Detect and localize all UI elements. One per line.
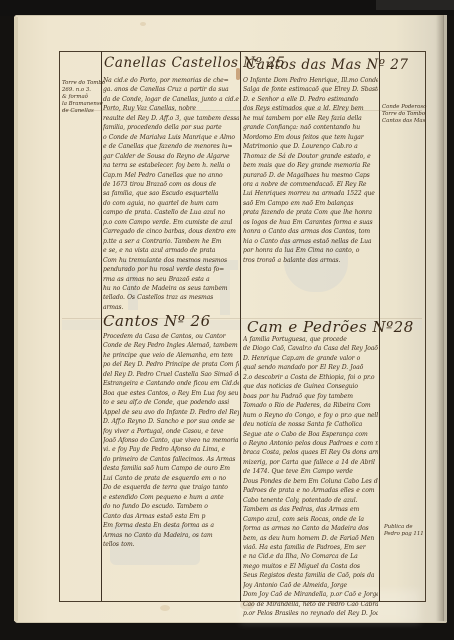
text-line: po del Rey D. Pedro Principe de prata Co… xyxy=(103,360,239,369)
text-line: tellos tom. xyxy=(103,540,239,549)
text-line: p.o com Campo verde. Em cumiste de azul xyxy=(103,218,239,227)
text-line: Em forma desta En desta forma as a xyxy=(103,521,239,530)
text-line: Dom Joy Caõ de Mirandella, p.or Caõ e Jo… xyxy=(243,590,378,599)
entry-body-27: O Infante Dom Pedro Henrique, Ill.mo Con… xyxy=(243,76,378,265)
text-line: na terra se estabelecer. foy bem h. nell… xyxy=(103,161,239,170)
text-line: viaõ. Ha esta familia de Padroes, Em ser xyxy=(243,543,378,552)
text-line: he principe que veio de Alemanha, em tem xyxy=(103,351,239,360)
text-line: Campo azul, com seis Rocas, onde de la xyxy=(243,515,378,524)
text-line: Com hu tremulante dos mesmos mesmos xyxy=(103,256,239,265)
text-line: hia o Canto das armas estaõ nellas de Lu… xyxy=(243,237,378,246)
text-line: Cantos das Mas xyxy=(382,118,422,125)
text-line: Joy Antonio Caõ de Almeida, Jorge xyxy=(243,581,378,590)
text-line: de Canellas xyxy=(62,108,100,115)
text-line: Lui Canto de prata de esquerdo em o no xyxy=(103,474,239,483)
text-line: del Rey D. Pedro Cruel Castella Sao Sima… xyxy=(103,370,239,379)
column-divider xyxy=(240,51,241,601)
text-line: Conde de Rey Pedro Ingles Alemaõ, tambem xyxy=(103,341,239,350)
text-line: Lui Henriques morreu na armada 1522 que xyxy=(243,189,378,198)
text-line: do no fundo Do escudo. Tambem o xyxy=(103,502,239,511)
text-line: bem, as deu hum homem D. de Fariaõ Men xyxy=(243,534,378,543)
text-line: tros troraõ a balante das armas. xyxy=(243,256,378,265)
text-line: Estrangeira e Cantando onde ficou em Cid… xyxy=(103,379,239,388)
margin-note-right-bottom: Publica dePedro pag 111 xyxy=(384,524,422,538)
binding-shadow xyxy=(436,15,444,621)
text-line: Armas no Canto da Madeira, os tam xyxy=(103,531,239,540)
entry-body-28: A familia Portuguesa, que procedede Diog… xyxy=(243,335,378,619)
text-line: boas por hu Padraõ que foy tambem xyxy=(243,392,378,401)
text-line: Porto, Ruy Vaz Canellas, nobre xyxy=(103,104,239,113)
text-line: la Bramanense xyxy=(62,101,100,108)
text-line: dos Reys estimados que a ld. Elrey bem xyxy=(243,104,378,113)
text-line: de Diogo Caõ, Cavalr.o da Casa del Rey J… xyxy=(243,344,378,353)
text-line: forma as armas no Canto da Madeira dos xyxy=(243,524,378,533)
paper-stain xyxy=(160,605,170,611)
text-line: p.tte a ser a Contrario. Tambem he Em xyxy=(103,237,239,246)
text-line: 2.o descobrir a Costa de Ethiopia, foi o… xyxy=(243,373,378,382)
text-line: Segue ate o Cabo de Boa Esperança com xyxy=(243,430,378,439)
text-line: tellado. Os Castellos traz as mesmas xyxy=(103,293,239,302)
text-line: e estendido Com pequeno e hum a ante xyxy=(103,493,239,502)
text-line: campo de prata. Castello de Lua azul no xyxy=(103,208,239,217)
text-line: puraraõ D. de Magalhaes hu mesmo Caps xyxy=(243,171,378,180)
text-line: o Conde de Marialva Luis Manrique e Almo xyxy=(103,133,239,142)
text-line: honra o Canto das armas dos Cantos, tom xyxy=(243,227,378,236)
text-line: Tambem as das Pedras, das Armas em xyxy=(243,505,378,514)
text-line: de 1474. Que teve Em Campo verde xyxy=(243,467,378,476)
text-line: de 1673 tirou Brazaõ com os dous de xyxy=(103,180,239,189)
text-line: pendurado por hu rosal verde desta fo= xyxy=(103,265,239,274)
text-line: familia, procedendo della por sua parte xyxy=(103,123,239,132)
text-line: Carregado de cinco barbas, dous dentro e… xyxy=(103,227,239,236)
text-line: mizerig, por Carta que fallece a 14 de A… xyxy=(243,458,378,467)
text-line: os logos de hua Em Carantes forma e suas xyxy=(243,218,378,227)
text-line: D. Aff.o Reyno D. Sancho e por sua onde … xyxy=(103,417,239,426)
text-line: 269. n.o 3. xyxy=(62,87,100,94)
entry-body-26: Procedem da Casa de Cantos, ou CantorCon… xyxy=(103,332,239,549)
text-line: hum o Reyno do Congo, e foy o pr.o que n… xyxy=(243,411,378,420)
text-line: desta familia saõ hum Campo de ouro Em xyxy=(103,464,239,473)
text-line: hu no Canto de Madeira os seus tambem xyxy=(103,284,239,293)
entry-heading-28: Cam e Pedrões Nº28 xyxy=(247,318,414,336)
entry-heading-27: Cantos das Mas Nº 27 xyxy=(246,57,408,73)
text-line: Cap.m Mel Pedro Canellas que no anno xyxy=(103,171,239,180)
text-line: Mordomo Em dous feitos que tem lugar xyxy=(243,133,378,142)
text-line: Torre do Tombo xyxy=(62,80,100,87)
entry-body-25: Na cid.e do Porto, por memorias de che=g… xyxy=(103,76,239,312)
text-line: Cabo tenente Coly, potentado de azul. xyxy=(243,496,378,505)
paper-stain xyxy=(140,22,146,26)
text-line: e de Canellas que fazendo de menores lu= xyxy=(103,142,239,151)
column-rule-left-margin xyxy=(101,51,102,601)
scanner-background-corner xyxy=(376,0,454,10)
text-line: grande Confiança: naõ contentando hu xyxy=(243,123,378,132)
text-line: rma as armas no seu Brazaõ esta a xyxy=(103,275,239,284)
text-line: bem mais que do Rey grande memoria Re xyxy=(243,161,378,170)
text-line: Matrimonio que D. Lourenço Cab.ro a xyxy=(243,142,378,151)
text-line: p.or Pelos Brasiles no reynado del Rey D… xyxy=(243,609,378,618)
text-line: deu noticia de nossa Santa fe Catholica xyxy=(243,420,378,429)
text-line: Canto das Armas estaõ esta Em p xyxy=(103,512,239,521)
text-line: qual sendo mandado por El Rey D. Joaõ xyxy=(243,363,378,372)
text-line: do com aguia, no quartel de hum cam xyxy=(103,199,239,208)
text-line: e se, e na vista azul armado de prata xyxy=(103,246,239,255)
text-line: armas. xyxy=(103,303,239,312)
text-line: e na Cid.e da Ilha, No Comarca de La xyxy=(243,552,378,561)
text-line: Salga de fonte estimacaõ que Elrey D. Sb… xyxy=(243,85,378,94)
text-line: to e seu alf.o de Conde, que podendo ass… xyxy=(103,398,239,407)
text-line: foy viver a Portugal, onde Casou, e teve xyxy=(103,427,239,436)
text-line: ora a nobre de commendacaõ. El Rey Re xyxy=(243,180,378,189)
text-line: saõ Em Campo em naõ Em balanças xyxy=(243,199,378,208)
text-line: Torre do Tombo xyxy=(382,111,422,118)
text-line: Publica de xyxy=(384,524,422,531)
text-line: sa familia, que sao Escudo esquartella xyxy=(103,189,239,198)
text-line: que das noticias de Guinea Conseguio xyxy=(243,382,378,391)
text-line: por honra da lua Em Cima no canto, o xyxy=(243,246,378,255)
text-line: Caõ de Mirandella, neto de Pedro Caõ Cab… xyxy=(243,600,378,609)
text-line: A familia Portuguesa, que procede xyxy=(243,335,378,344)
margin-note-right-top: Conde PoderosoTorre do TomboCantos das M… xyxy=(382,104,422,125)
text-line: do primeiro de Cantos fallecimos. As Arm… xyxy=(103,455,239,464)
text-line: O Infante Dom Pedro Henrique, Ill.mo Con… xyxy=(243,76,378,85)
text-line: Thomaz de Sá de Doutor grande estado, e xyxy=(243,152,378,161)
text-line: Procedem da Casa de Cantos, ou Cantor xyxy=(103,332,239,341)
text-line: Pedro pag 111 xyxy=(384,531,422,538)
text-line: Padroes de prata e no Armadas elles e co… xyxy=(243,486,378,495)
text-line: Appel de seu avo do Infante D. Pedro del… xyxy=(103,408,239,417)
text-line: D. e Senhor a elle D. Pedro estimando xyxy=(243,95,378,104)
text-line: ga. anos de Canellas Cruz a partir da su… xyxy=(103,85,239,94)
text-line: D. Henrique Cap.am de grande valor o xyxy=(243,354,378,363)
text-line: Tomado o Rio de Paderes, da Ribeira Com xyxy=(243,401,378,410)
entry-heading-26: Cantos Nº 26 xyxy=(103,312,211,330)
text-line: Seus Registos desta familia de Caõ, pois… xyxy=(243,571,378,580)
text-line: reaulte del Rey D. Aff.o 3, que tambem d… xyxy=(103,114,239,123)
text-line: o Reyno Antonio pelos dous Padroes e com… xyxy=(243,439,378,448)
text-line: Conde Poderoso xyxy=(382,104,422,111)
margin-note-left: Torre do Tombo269. n.o 3.& formaõla Bram… xyxy=(62,80,100,115)
text-line: & formaõ xyxy=(62,94,100,101)
text-line: Boa que estes Cantos, o Rey Em Lua foy s… xyxy=(103,389,239,398)
text-line: da de Conde, logar de Canellas, junto a … xyxy=(103,95,239,104)
text-line: Na cid.e do Porto, por memorias de che= xyxy=(103,76,239,85)
text-line: he mui tambem por elle Rey fazia della xyxy=(243,114,378,123)
text-line: prata fazendo de prata Com que lhe honra xyxy=(243,208,378,217)
text-line: vi. e foy Pay de Pedro Afonso da Lima, e xyxy=(103,445,239,454)
text-line: Dous Pondes de bem Em Coluna Cabo Les do… xyxy=(243,477,378,486)
text-line: braca Costa, pelos quaes El Rey Os dons … xyxy=(243,448,378,457)
text-line: gar Calder de Sousa do Reyno de Algarve xyxy=(103,152,239,161)
text-line: Do de esquerda de terra que traigo tanto xyxy=(103,483,239,492)
text-line: Joaõ Afonso do Canto, que viveo na memor… xyxy=(103,436,239,445)
text-line: mego muitos e El Miguel da Costa dos xyxy=(243,562,378,571)
page-edge-left xyxy=(14,17,18,621)
